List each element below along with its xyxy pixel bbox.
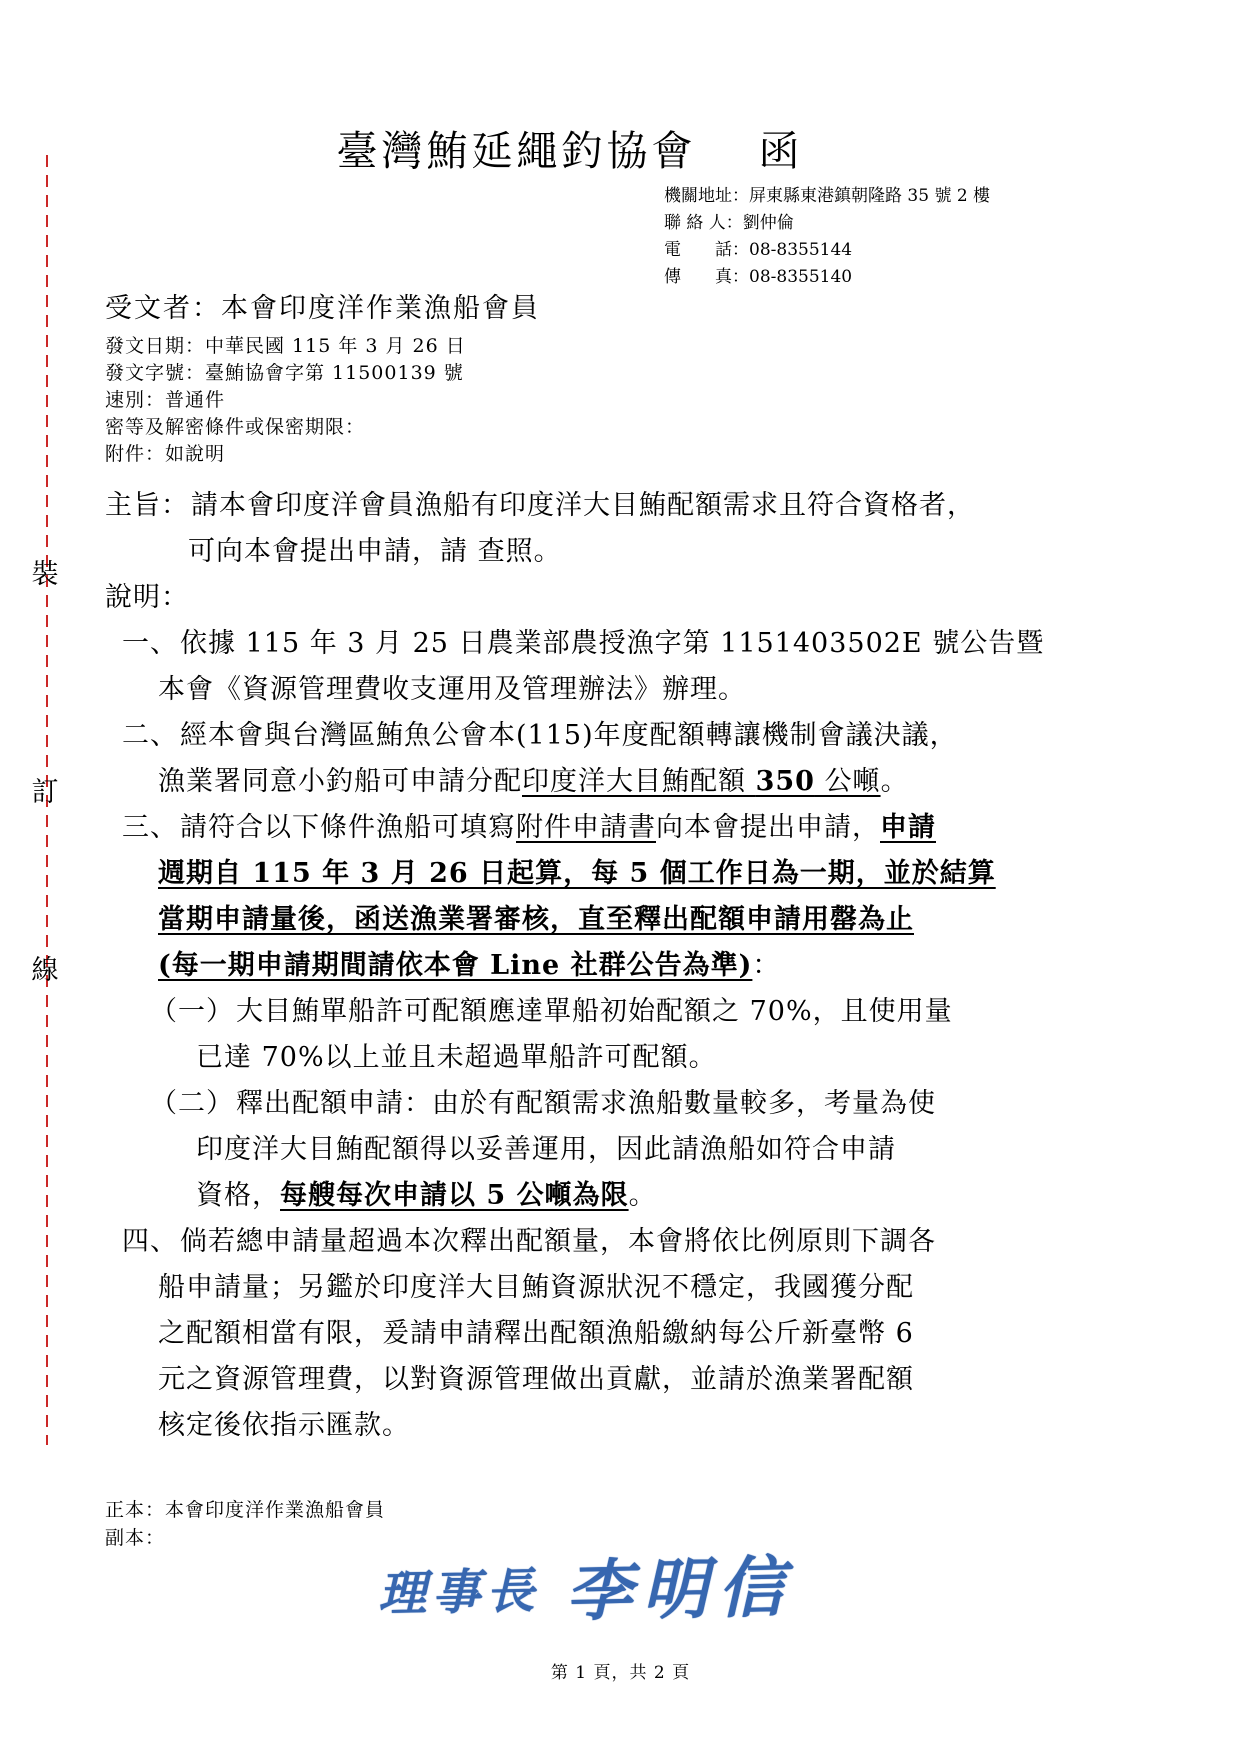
body-text: ： xyxy=(752,950,780,981)
body-text: 依據 115 年 3 月 25 日農業部農授漁字第 1151403502E 號公… xyxy=(180,628,1044,659)
body-line: 四、倘若總申請量超過本次釋出配額量，本會將依比例原則下調各 xyxy=(122,1219,1241,1265)
paragraph-label: 一、 xyxy=(122,628,178,659)
contact-line: 聯 絡 人：劉仲倫 xyxy=(664,210,990,237)
signature-stamp: 理事長 李明信 xyxy=(377,1534,795,1638)
paragraph-label: 四、 xyxy=(122,1226,178,1257)
body-text: 釋出配額申請：由於有配額需求漁船數量較多，考量為使 xyxy=(236,1088,936,1119)
body-text: 當期申請量後，函送漁業署審核，直至釋出配額申請用罄為止 xyxy=(158,904,914,935)
recipient-line: 受文者：本會印度洋作業漁船會員 xyxy=(105,286,540,325)
distribution-block: 正本：本會印度洋作業漁船會員副本： xyxy=(105,1496,385,1552)
body-text: (每一期申請期間請依本會 Line 社群公告為準) xyxy=(158,950,752,981)
body-line: 可向本會提出申請，請 查照。 xyxy=(188,529,1241,575)
body-text: 請本會印度洋會員漁船有印度洋大目鮪配額需求且符合資格者， xyxy=(191,490,975,521)
body-line: （一）大目鮪單船許可配額應達單船初始配額之 70%，且使用量 xyxy=(150,989,1241,1035)
distribution-line: 副本： xyxy=(105,1524,385,1552)
page-number: 第 1 頁，共 2 頁 xyxy=(0,1658,1241,1683)
body-text: 經本會與台灣區鮪魚公會本(115)年度配額轉讓機制會議決議， xyxy=(180,720,958,751)
body-text: 漁業署同意小釣船可申請分配 xyxy=(158,766,522,797)
body-line: 主旨：請本會印度洋會員漁船有印度洋大目鮪配額需求且符合資格者， xyxy=(105,483,1241,529)
body-line: 漁業署同意小釣船可申請分配印度洋大目鮪配額 350 公噸。 xyxy=(158,759,1241,805)
body-line: 印度洋大目鮪配額得以妥善運用，因此請漁船如符合申請 xyxy=(196,1127,1241,1173)
meta-line: 速別：普通件 xyxy=(105,387,466,414)
body-line: 核定後依指示匯款。 xyxy=(158,1403,1241,1449)
recipient-value: 本會印度洋作業漁船會員 xyxy=(221,293,540,324)
body-text: 大目鮪單船許可配額應達單船初始配額之 70%，且使用量 xyxy=(236,996,953,1027)
body-line: 本會《資源管理費收支運用及管理辦法》辦理。 xyxy=(158,667,1241,713)
body-text: 。 xyxy=(881,766,909,797)
paragraph-label: 二、 xyxy=(122,720,178,751)
doc-type-char: 函 xyxy=(759,118,804,177)
body-text: 倘若總申請量超過本次釋出配額量，本會將依比例原則下調各 xyxy=(180,1226,936,1257)
body-text: 。 xyxy=(629,1180,657,1211)
body-text: 公噸 xyxy=(815,766,881,797)
document-page: 裝訂線 臺灣鮪延繩釣協會 函 機關地址：屏東縣東港鎮朝隆路 35 號 2 樓聯 … xyxy=(0,0,1241,1755)
stamp-name: 李明信 xyxy=(565,1534,795,1634)
document-title: 臺灣鮪延繩釣協會 函 xyxy=(105,118,1035,177)
body-line: 二、經本會與台灣區鮪魚公會本(115)年度配額轉讓機制會議決議， xyxy=(122,713,1241,759)
document-body: 主旨：請本會印度洋會員漁船有印度洋大目鮪配額需求且符合資格者，可向本會提出申請，… xyxy=(0,483,1241,1449)
body-text: 船申請量；另鑑於印度洋大目鮪資源狀況不穩定，我國獲分配 xyxy=(158,1272,914,1303)
body-text: 印度洋大目鮪配額得以妥善運用，因此請漁船如符合申請 xyxy=(196,1134,896,1165)
contact-line: 機關地址：屏東縣東港鎮朝隆路 35 號 2 樓 xyxy=(664,183,990,210)
body-text: 每艘每次申請以 5 公噸為限 xyxy=(280,1180,629,1211)
body-text: 請符合以下條件漁船可填寫 xyxy=(180,812,516,843)
body-text: 資格， xyxy=(196,1180,280,1211)
paragraph-label: 主旨： xyxy=(105,490,189,521)
body-line: 當期申請量後，函送漁業署審核，直至釋出配額申請用罄為止 xyxy=(158,897,1241,943)
body-text: 週期自 115 年 3 月 26 日起算，每 5 個工作日為一期，並於結算 xyxy=(158,858,996,889)
body-text: 已達 70%以上並且未超過單船許可配額。 xyxy=(196,1042,717,1073)
body-line: 週期自 115 年 3 月 26 日起算，每 5 個工作日為一期，並於結算 xyxy=(158,851,1241,897)
meta-line: 發文字號：臺鮪協會字第 11500139 號 xyxy=(105,360,466,387)
body-line: (每一期申請期間請依本會 Line 社群公告為準)： xyxy=(158,943,1241,989)
paragraph-label: （二） xyxy=(150,1088,234,1119)
contact-block: 機關地址：屏東縣東港鎮朝隆路 35 號 2 樓聯 絡 人：劉仲倫電 話：08-8… xyxy=(664,183,990,291)
paragraph-label: 三、 xyxy=(122,812,178,843)
stamp-title: 理事長 xyxy=(377,1552,540,1624)
body-line: 三、請符合以下條件漁船可填寫附件申請書向本會提出申請，申請 xyxy=(122,805,1241,851)
meta-block: 發文日期：中華民國 115 年 3 月 26 日發文字號：臺鮪協會字第 1150… xyxy=(105,333,466,468)
paragraph-label: 說明： xyxy=(105,582,189,613)
body-text: 350 xyxy=(756,766,815,797)
body-text: 向本會提出申請， xyxy=(656,812,880,843)
body-line: 已達 70%以上並且未超過單船許可配額。 xyxy=(196,1035,1241,1081)
body-text: 印度洋大目鮪配額 xyxy=(522,766,756,797)
body-text: 之配額相當有限，爰請申請釋出配額漁船繳納每公斤新臺幣 6 xyxy=(158,1318,914,1349)
body-line: 元之資源管理費，以對資源管理做出貢獻，並請於漁業署配額 xyxy=(158,1357,1241,1403)
contact-line: 傳 真：08-8355140 xyxy=(664,264,990,291)
contact-line: 電 話：08-8355144 xyxy=(664,237,990,264)
body-text: 本會《資源管理費收支運用及管理辦法》辦理。 xyxy=(158,674,746,705)
body-line: 船申請量；另鑑於印度洋大目鮪資源狀況不穩定，我國獲分配 xyxy=(158,1265,1241,1311)
org-name: 臺灣鮪延繩釣協會 xyxy=(337,118,697,177)
meta-line: 發文日期：中華民國 115 年 3 月 26 日 xyxy=(105,333,466,360)
body-line: （二）釋出配額申請：由於有配額需求漁船數量較多，考量為使 xyxy=(150,1081,1241,1127)
body-line: 一、依據 115 年 3 月 25 日農業部農授漁字第 1151403502E … xyxy=(122,621,1241,667)
body-text: 元之資源管理費，以對資源管理做出貢獻，並請於漁業署配額 xyxy=(158,1364,914,1395)
body-text: 可向本會提出申請，請 查照。 xyxy=(188,536,562,567)
body-line: 資格，每艘每次申請以 5 公噸為限。 xyxy=(196,1173,1241,1219)
body-line: 說明： xyxy=(105,575,1241,621)
body-line: 之配額相當有限，爰請申請釋出配額漁船繳納每公斤新臺幣 6 xyxy=(158,1311,1241,1357)
recipient-label: 受文者： xyxy=(105,293,221,324)
body-text: 申請 xyxy=(880,812,936,843)
paragraph-label: （一） xyxy=(150,996,234,1027)
body-text: 核定後依指示匯款。 xyxy=(158,1410,410,1441)
distribution-line: 正本：本會印度洋作業漁船會員 xyxy=(105,1496,385,1524)
meta-line: 附件：如說明 xyxy=(105,441,466,468)
meta-line: 密等及解密條件或保密期限： xyxy=(105,414,466,441)
body-text: 附件申請書 xyxy=(516,812,656,843)
